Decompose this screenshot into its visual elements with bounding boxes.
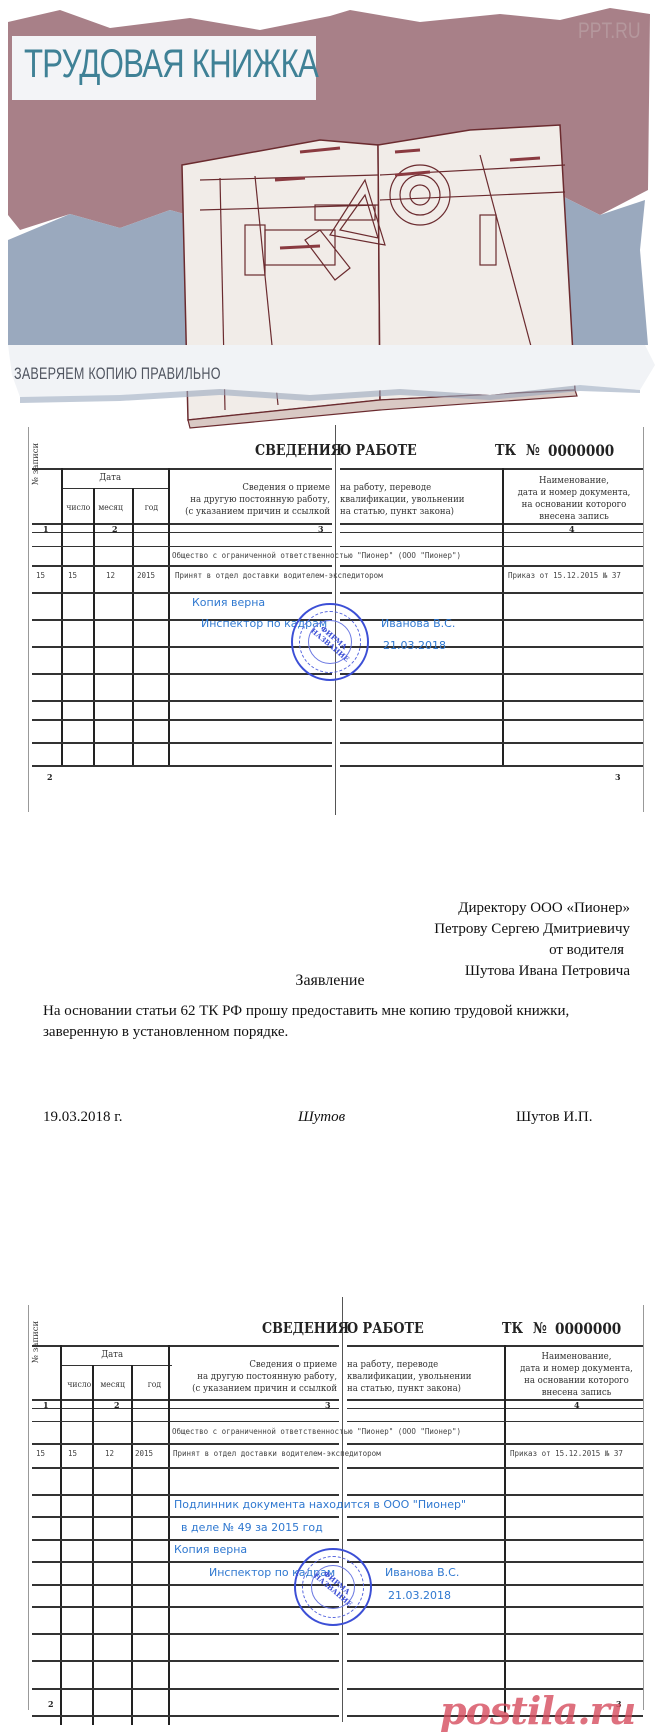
application-date: 19.03.2018 г. bbox=[43, 1109, 122, 1126]
application-letter: Директору ООО «Пионер» Петрову Сергею Дм… bbox=[0, 880, 660, 1220]
col-document: Наименование, дата и номер документа, на… bbox=[512, 475, 636, 523]
certify-date: 21.03.2018 bbox=[388, 1589, 451, 1602]
col-info-left: Сведения о приеме на другую постоянную р… bbox=[185, 482, 330, 518]
col-year: год bbox=[148, 1379, 161, 1391]
addressee-block: Директору ООО «Пионер» Петрову Сергею Дм… bbox=[434, 898, 630, 982]
form-title-right: О РАБОТЕ bbox=[340, 441, 417, 459]
company-stamp: ФИРМАНАЗВАНИЕ bbox=[294, 1548, 372, 1626]
signer-name: Иванова В.С. bbox=[381, 617, 455, 630]
company-stamp: ФИРМАНАЗВАНИЕ bbox=[291, 603, 369, 681]
col-day: число bbox=[67, 1379, 91, 1391]
application-signature: Шутов bbox=[298, 1109, 345, 1126]
entry-no: 15 bbox=[36, 571, 45, 580]
addressee-line: Петрову Сергею Дмитриевичу bbox=[434, 919, 630, 940]
signer-name: Иванова В.С. bbox=[385, 1566, 459, 1579]
col-number-4: 4 bbox=[574, 1400, 580, 1410]
original-location-text: Подлинник документа находится в ООО "Пио… bbox=[174, 1498, 466, 1511]
entry-text: Принят в отдел доставки водителем-экспед… bbox=[175, 571, 383, 580]
col-number-1: 1 bbox=[43, 524, 49, 534]
col-entry-no: № записи bbox=[30, 443, 42, 485]
labour-book-copy-1: СВЕДЕНИЯ О РАБОТЕ ТК № 0000000 № записи … bbox=[0, 415, 660, 830]
col-date: Дата bbox=[101, 1349, 123, 1361]
col-number-3: 3 bbox=[325, 1400, 331, 1410]
company-line: Общество с ограниченной ответственностью… bbox=[172, 551, 461, 560]
entry-day: 15 bbox=[68, 1449, 77, 1458]
page-number-left: 2 bbox=[47, 772, 53, 782]
col-number-2: 2 bbox=[114, 1400, 120, 1410]
col-number-1: 1 bbox=[43, 1400, 49, 1410]
col-date: Дата bbox=[99, 472, 121, 484]
certify-text: Копия верна bbox=[192, 596, 265, 609]
banner-subtitle: ЗАВЕРЯЕМ КОПИЮ ПРАВИЛЬНО bbox=[14, 364, 221, 384]
entry-month: 12 bbox=[106, 571, 115, 580]
col-info-left: Сведения о приеме на другую постоянную р… bbox=[192, 1359, 337, 1395]
entry-document: Приказ от 15.12.2015 № 37 bbox=[508, 571, 621, 580]
col-document: Наименование, дата и номер документа, на… bbox=[517, 1351, 637, 1399]
form-series: ТК bbox=[495, 441, 516, 459]
entry-no: 15 bbox=[36, 1449, 45, 1458]
addressee-line: от водителя bbox=[434, 940, 630, 961]
form-number-label: № bbox=[526, 441, 540, 459]
form-title-left: СВЕДЕНИЯ bbox=[262, 1319, 349, 1337]
banner-title: ТРУДОВАЯ КНИЖКА bbox=[24, 42, 318, 87]
ppt-watermark: PPT.RU bbox=[578, 18, 641, 44]
certify-date: 21.03.2018 bbox=[383, 639, 446, 652]
form-title-right: О РАБОТЕ bbox=[347, 1319, 424, 1337]
entry-month: 12 bbox=[105, 1449, 114, 1458]
company-line: Общество с ограниченной ответственностью… bbox=[172, 1427, 461, 1436]
labour-book-copy-2: СВЕДЕНИЯ О РАБОТЕ ТК № 0000000 № записи … bbox=[0, 1293, 660, 1708]
application-body: На основании статьи 62 ТК РФ прошу предо… bbox=[43, 1001, 603, 1043]
col-year: год bbox=[145, 502, 158, 514]
col-number-4: 4 bbox=[569, 524, 575, 534]
col-number-3: 3 bbox=[318, 524, 324, 534]
case-reference-text: в деле № 49 за 2015 год bbox=[181, 1521, 323, 1534]
entry-year: 2015 bbox=[135, 1449, 153, 1458]
application-signer-name: Шутов И.П. bbox=[516, 1109, 593, 1126]
form-series: ТК bbox=[502, 1319, 523, 1337]
col-day: число bbox=[66, 502, 90, 514]
entry-document: Приказ от 15.12.2015 № 37 bbox=[510, 1449, 623, 1458]
page-number-left: 2 bbox=[48, 1699, 54, 1709]
entry-year: 2015 bbox=[137, 571, 155, 580]
form-number: 0000000 bbox=[548, 441, 614, 460]
page-number-right: 3 bbox=[615, 772, 621, 782]
col-month: месяц bbox=[100, 1379, 125, 1391]
certify-text: Копия верна bbox=[174, 1543, 247, 1556]
col-info-right: на работу, переводе квалификации, увольн… bbox=[340, 482, 464, 518]
article-banner: ТРУДОВАЯ КНИЖКА PPT.RU ЗАВЕРЯЕМ КОПИЮ ПР… bbox=[0, 0, 660, 415]
postila-watermark: postila.ru bbox=[440, 1688, 635, 1732]
entry-day: 15 bbox=[68, 571, 77, 580]
col-entry-no: № записи bbox=[30, 1321, 42, 1363]
col-number-2: 2 bbox=[112, 524, 118, 534]
form-number: 0000000 bbox=[555, 1319, 621, 1338]
application-title: Заявление bbox=[0, 972, 660, 990]
col-info-right: на работу, переводе квалификации, увольн… bbox=[347, 1359, 471, 1395]
entry-text: Принят в отдел доставки водителем-экспед… bbox=[173, 1449, 381, 1458]
addressee-line: Директору ООО «Пионер» bbox=[434, 898, 630, 919]
col-month: месяц bbox=[98, 502, 123, 514]
form-number-label: № bbox=[533, 1319, 547, 1337]
form-title-left: СВЕДЕНИЯ bbox=[255, 441, 342, 459]
